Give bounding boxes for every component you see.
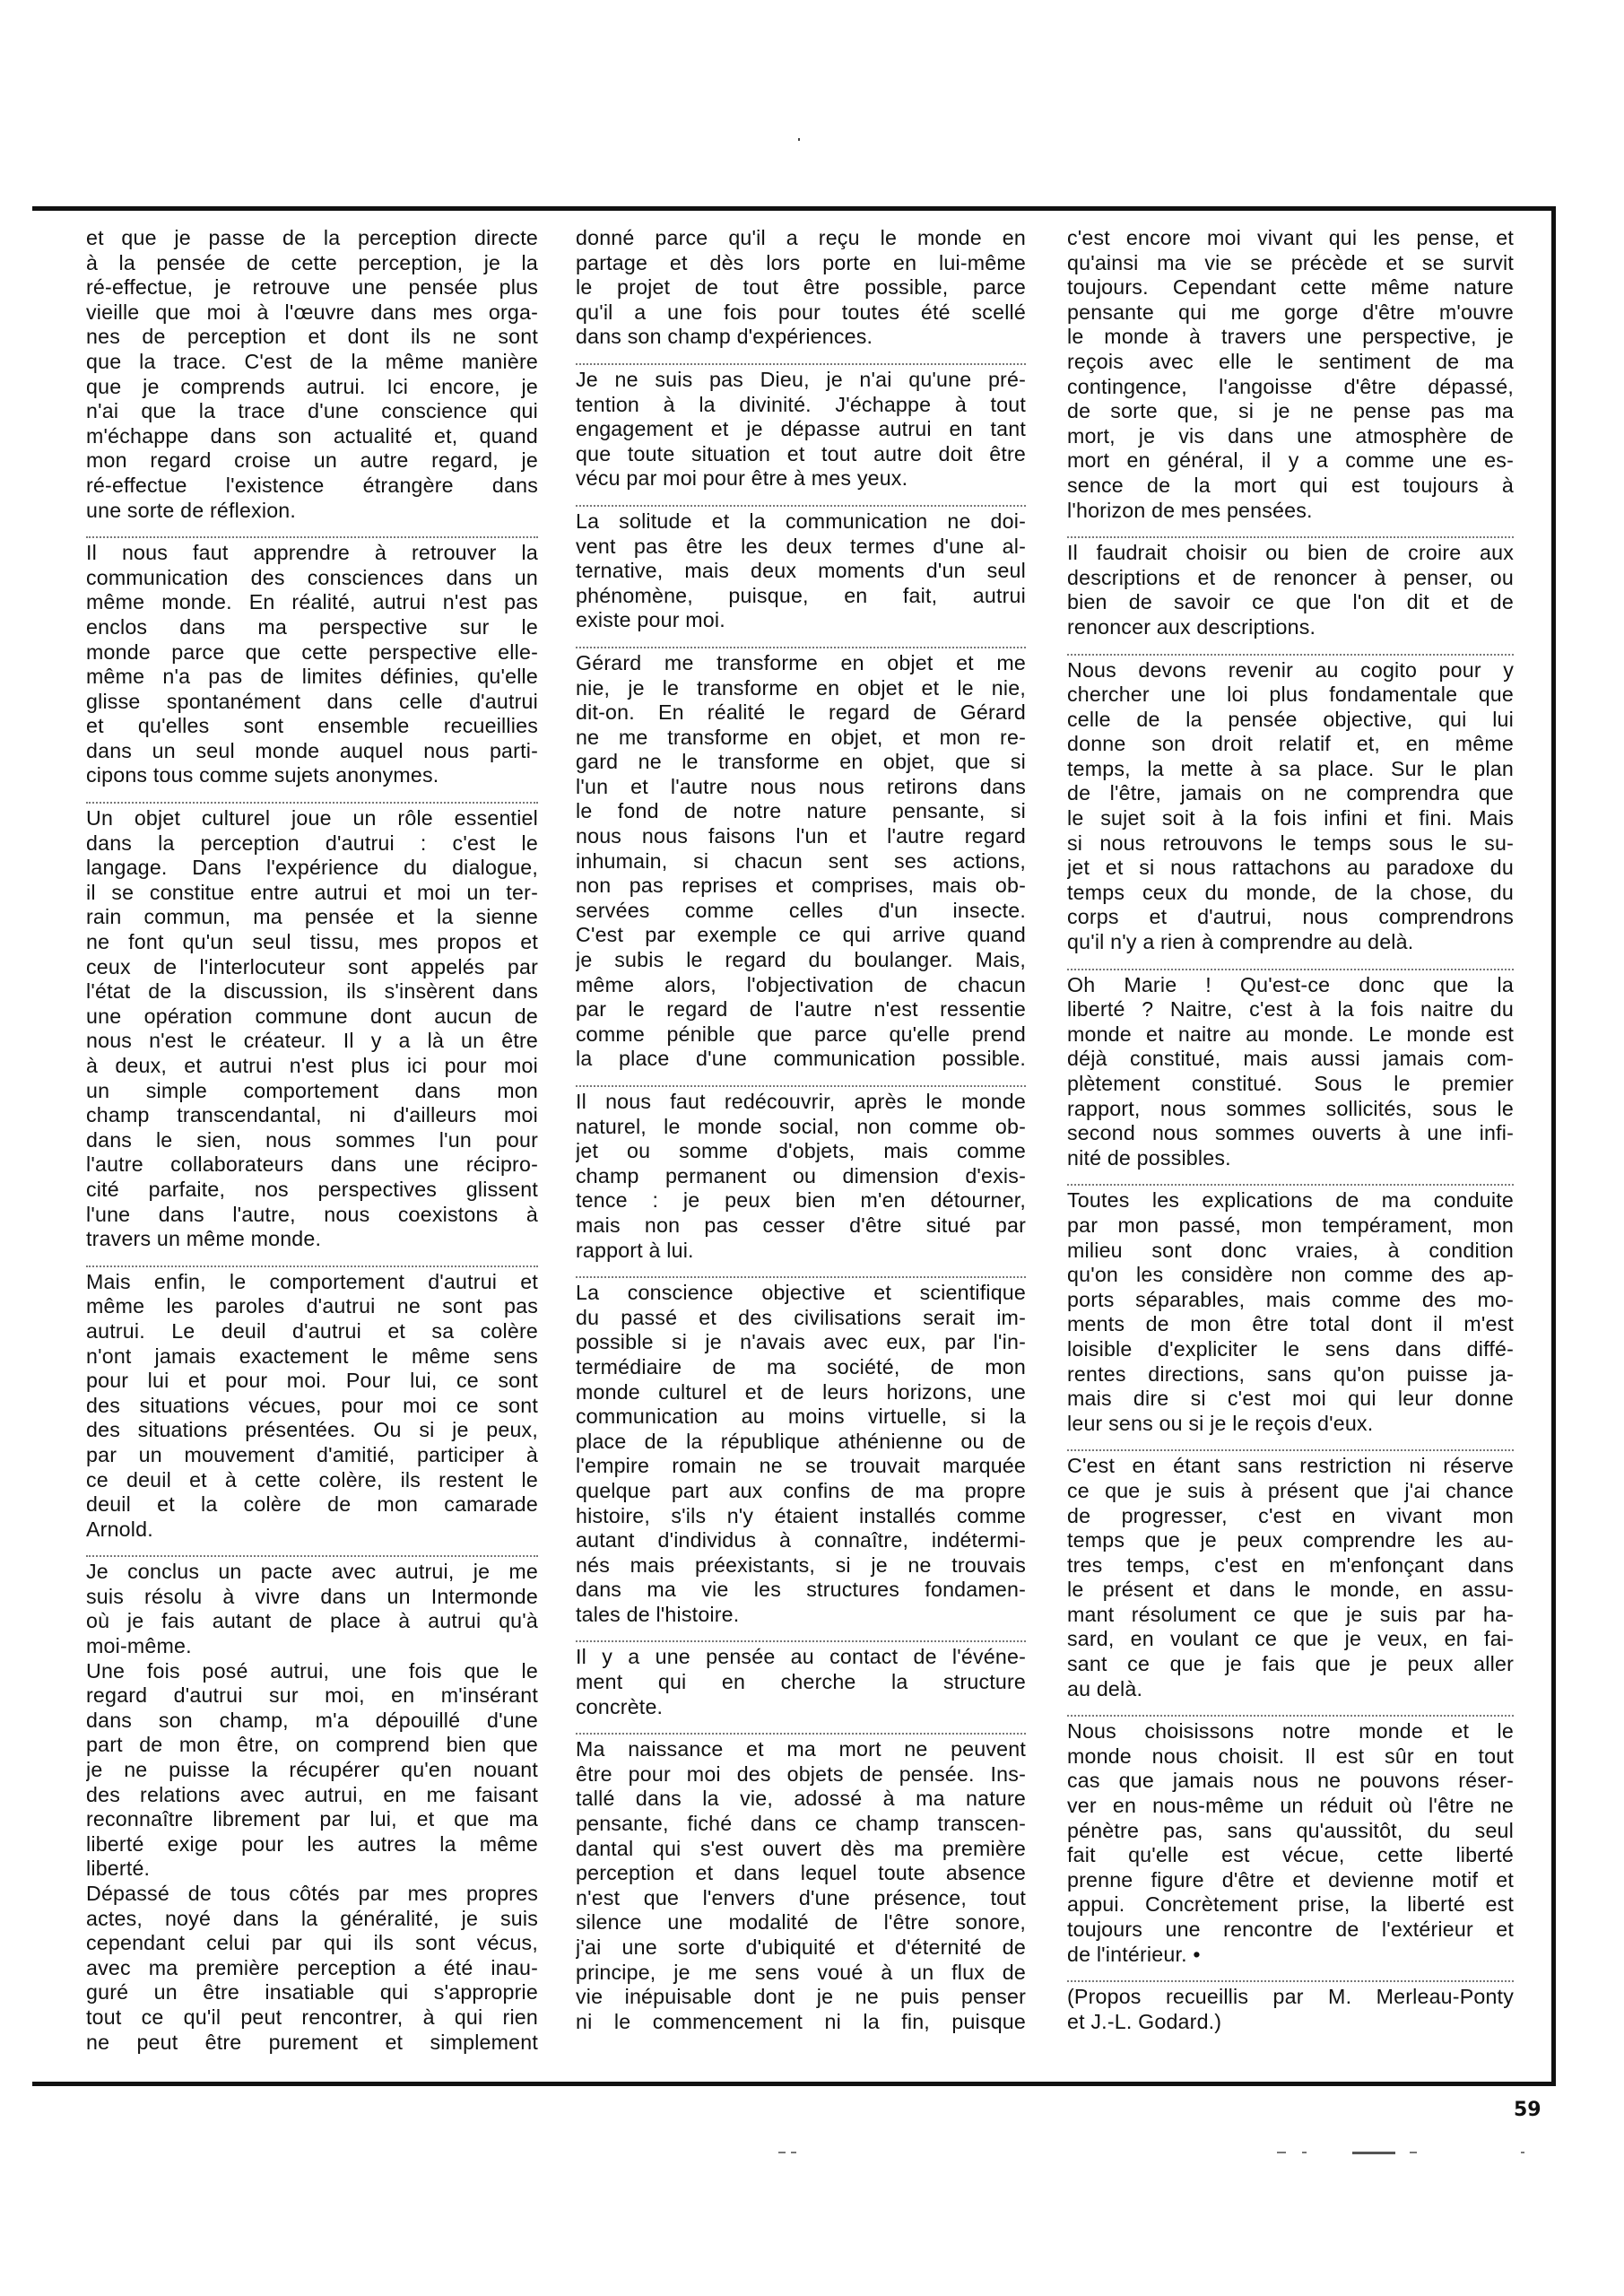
text-line: monde culturel et de leurs horizons, une (576, 1380, 1026, 1405)
text-line: toujours une rencontre de l'extérieur et (1067, 1918, 1514, 1943)
text-line: regard d'autrui sur moi, en m'insérant (86, 1683, 538, 1709)
text-line: liberté. (86, 1857, 538, 1882)
text-line: mon regard croise un autre regard, je (86, 448, 538, 474)
text-line: même les paroles d'autrui ne sont pas (86, 1294, 538, 1319)
text-line: comme pénible que parce qu'elle prend (576, 1022, 1026, 1048)
text-line: nes de perception et dont ils ne sont (86, 325, 538, 350)
text-line: Il nous faut redécouvrir, après le monde (576, 1090, 1026, 1115)
text-line: renoncer aux descriptions. (1067, 615, 1514, 640)
text-line: chercher une loi plus fondamentale que (1067, 683, 1514, 708)
print-mark (1352, 2152, 1395, 2154)
text-line: tallé dans la vie, adossé à ma nature (576, 1787, 1026, 1812)
text-line: de l'être, jamais on ne comprendra que (1067, 781, 1514, 806)
text-line: dans son champ d'expériences. (576, 325, 1026, 350)
text-line: au delà. (1067, 1677, 1514, 1702)
print-mark (1302, 2152, 1307, 2153)
paragraph: Dépassé de tous côtés par mes propresact… (86, 1882, 538, 2055)
dotted-separator (576, 352, 1026, 365)
text-line: et que je passe de la perception directe (86, 226, 538, 251)
text-line: communication des consciences dans un (86, 566, 538, 591)
text-line: histoire, s'ils n'y étaient installés co… (576, 1504, 1026, 1529)
text-line: le sujet soit à la fois infini et fini. … (1067, 806, 1514, 831)
text-line: dans un seul monde auquel nous parti- (86, 739, 538, 764)
text-line: tres temps, c'est en m'enfonçant dans (1067, 1553, 1514, 1578)
text-line: une opération commune dont aucun de (86, 1004, 538, 1030)
text-line: Il y a une pensée au contact de l'événe- (576, 1645, 1026, 1670)
text-line: sence de la mort qui est toujours à (1067, 474, 1514, 499)
dotted-separator (576, 1265, 1026, 1278)
text-line: reçois avec elle le sentiment de ma (1067, 350, 1514, 375)
text-line: La solitude et la communication ne doi- (576, 509, 1026, 535)
text-line: des situations présentées. Ou si je peux… (86, 1418, 538, 1443)
text-line: le présent et dans le monde, en assu- (1067, 1578, 1514, 1603)
text-line: temps, la mette à sa place. Sur le plan (1067, 757, 1514, 782)
text-line: non pas reprises et comprises, mais ob- (576, 874, 1026, 899)
text-line: bien de savoir ce que l'on dit et de (1067, 590, 1514, 615)
text-line: dans ma vie les structures fondamen- (576, 1578, 1026, 1603)
text-line: l'horizon de mes pensées. (1067, 499, 1514, 524)
text-line: ver en nous-même un réduit où l'être ne (1067, 1794, 1514, 1819)
page-number: 59 (1514, 2099, 1541, 2121)
text-line: par mon passé, mon tempérament, mon (1067, 1213, 1514, 1239)
text-line: pensante qui me gorge d'être m'ouvre (1067, 300, 1514, 326)
paragraph: c'est encore moi vivant qui les pense, e… (1067, 226, 1514, 523)
text-line: monde nous choisit. Il est sûr en tout (1067, 1744, 1514, 1770)
text-line: je ne puisse la récupérer qu'en nouant (86, 1758, 538, 1783)
text-line: de sorte que, si je ne pense pas ma (1067, 399, 1514, 424)
paragraph: Il nous faut redécouvrir, après le monde… (576, 1090, 1026, 1263)
text-line: actes, noyé dans la généralité, je suis (86, 1907, 538, 1932)
text-line: cipons tous comme sujets anonymes. (86, 763, 538, 788)
text-line: ré-effectue l'existence étrangère dans (86, 474, 538, 499)
paragraph: Un objet culturel joue un rôle essentiel… (86, 806, 538, 1252)
dotted-separator (86, 1254, 538, 1267)
text-line: tout ce qu'il peut rencontrer, à qui rie… (86, 2005, 538, 2031)
text-line: sard, en voulant ce que je veux, en fai- (1067, 1627, 1514, 1652)
text-line: leur sens ou si je le reçois d'eux. (1067, 1412, 1514, 1437)
text-line: si nous retrouvons le temps sous le su- (1067, 831, 1514, 857)
text-line: nité de possibles. (1067, 1146, 1514, 1171)
text-line: inhumain, si chacun sent ses actions, (576, 849, 1026, 874)
text-line: n'ai que la trace d'une conscience qui (86, 399, 538, 424)
text-line: l'une dans l'autre, nous coexistons à (86, 1203, 538, 1228)
text-line: phénomène, puisque, en fait, autrui (576, 584, 1026, 609)
text-line: temps que je peux comprendre les au- (1067, 1528, 1514, 1553)
text-line: appui. Concrètement prise, la liberté es… (1067, 1892, 1514, 1918)
text-line: Gérard me transforme en objet et me (576, 651, 1026, 676)
text-line: champ permanent ou dimension d'exis- (576, 1164, 1026, 1189)
text-line: à deux, et autrui n'est plus ici pour mo… (86, 1054, 538, 1079)
paragraph: Une fois posé autrui, une fois que lereg… (86, 1659, 538, 1882)
dotted-separator (576, 1629, 1026, 1642)
text-line: Je ne suis pas Dieu, je n'ai qu'une pré- (576, 368, 1026, 393)
text-line: le fond de notre nature pensante, si (576, 799, 1026, 824)
text-line: fait qu'elle est vécue, cette liberté (1067, 1843, 1514, 1868)
dotted-separator (1067, 1969, 1514, 1982)
text-line: temps ceux du monde, de la chose, du (1067, 881, 1514, 906)
text-line: autrui. Le deuil d'autrui et sa colère (86, 1319, 538, 1344)
text-line: que la trace. C'est de la même manière (86, 350, 538, 375)
text-line: pénètre pas, sans qu'aussitôt, du seul (1067, 1819, 1514, 1844)
text-column-1: et que je passe de la perception directe… (86, 226, 538, 2055)
text-line: Oh Marie ! Qu'est-ce donc que la (1067, 973, 1514, 998)
text-line: ports séparables, mais comme des mo- (1067, 1288, 1514, 1313)
text-line: cité parfaite, nos perspectives glissent (86, 1178, 538, 1203)
text-line: des situations vécues, pour moi ce sont (86, 1394, 538, 1419)
print-mark (1521, 2152, 1524, 2153)
dotted-separator (86, 525, 538, 538)
text-line: même alors, l'objectivation de chacun (576, 973, 1026, 998)
text-line: jet et si nous rattachons au paradoxe du (1067, 856, 1514, 881)
text-line: travers un même monde. (86, 1227, 538, 1252)
text-line: vie inépuisable dont je ne puis penser (576, 1985, 1026, 2010)
paragraph: Gérard me transforme en objet et menie, … (576, 651, 1026, 1072)
text-line: deuil et la colère de mon camarade (86, 1492, 538, 1518)
text-line: Un objet culturel joue un rôle essentiel (86, 806, 538, 831)
text-line: l'état de la discussion, ils s'insèrent … (86, 979, 538, 1004)
text-line: déjà constitué, mais aussi jamais com- (1067, 1047, 1514, 1072)
text-line: de l'intérieur. • (1067, 1943, 1514, 1968)
text-line: à la pensée de cette perception, je la (86, 251, 538, 276)
text-column-2: donné parce qu'il a reçu le monde enpart… (576, 226, 1026, 2034)
text-line: tention à la divinité. J'échappe à tout (576, 393, 1026, 418)
text-line: mort en général, il y a comme une es- (1067, 448, 1514, 474)
text-line: m'échappe dans son actualité et, quand (86, 424, 538, 449)
text-line: engagement et je dépasse autrui en tant (576, 417, 1026, 442)
text-line: Il faudrait choisir ou bien de croire au… (1067, 541, 1514, 566)
dotted-separator (86, 1544, 538, 1557)
text-line: Ma naissance et ma mort ne peuvent (576, 1737, 1026, 1762)
dotted-separator (1067, 1172, 1514, 1186)
text-line: mort, je vis dans une atmosphère de (1067, 424, 1514, 449)
paragraph: (Propos recueillis par M. Merleau-Pontye… (1067, 1985, 1514, 2034)
text-line: milieu sont donc vraies, à condition (1067, 1239, 1514, 1264)
text-line: Dépassé de tous côtés par mes propres (86, 1882, 538, 1907)
print-mark (1410, 2152, 1417, 2153)
text-line: ment qui en cherche la structure (576, 1670, 1026, 1695)
text-column-3: c'est encore moi vivant qui les pense, e… (1067, 226, 1514, 2034)
text-line: ré-effectue, je retrouve une pensée plus (86, 275, 538, 300)
text-line: vieille que moi à l'œuvre dans mes orga- (86, 300, 538, 326)
text-line: corps et d'autrui, nous comprendrons (1067, 905, 1514, 930)
text-line: la place d'une communication possible. (576, 1047, 1026, 1072)
text-line: C'est en étant sans restriction ni réser… (1067, 1454, 1514, 1479)
dotted-separator (576, 1074, 1026, 1087)
text-line: qu'il a une fois pour toutes été scellé (576, 300, 1026, 326)
text-line: second nous sommes ouverts à une infi- (1067, 1121, 1514, 1146)
text-line: tence : je peux bien m'en détourner, (576, 1188, 1026, 1213)
text-line: rentes directions, sans qu'on puisse ja- (1067, 1362, 1514, 1387)
text-line: prenne figure d'être et devienne motif e… (1067, 1868, 1514, 1893)
text-line: existe pour moi. (576, 608, 1026, 633)
text-line: ni le commencement ni la fin, puisque (576, 2010, 1026, 2035)
text-line: ceux de l'interlocuteur sont appelés par (86, 955, 538, 980)
text-line: ce que je suis à présent que j'ai chance (1067, 1479, 1514, 1504)
text-line: qu'on les considère non comme des ap- (1067, 1263, 1514, 1288)
text-line: nous n'est le créateur. Il y a là un êtr… (86, 1029, 538, 1054)
text-line: n'ont jamais exactement le même sens (86, 1344, 538, 1370)
text-line: donné parce qu'il a reçu le monde en (576, 226, 1026, 251)
text-line: liberté ? Naitre, c'est à la fois naitre… (1067, 997, 1514, 1022)
text-line: C'est par exemple ce qui arrive quand (576, 923, 1026, 948)
paragraph: C'est en étant sans restriction ni réser… (1067, 1454, 1514, 1701)
text-line: des relations avec autrui, en me faisant (86, 1783, 538, 1808)
paragraph: et que je passe de la perception directe… (86, 226, 538, 523)
text-line: place de la république athénienne ou de (576, 1430, 1026, 1455)
paragraph: Nous devons revenir au cogito pour ycher… (1067, 658, 1514, 955)
text-line: rapport à lui. (576, 1239, 1026, 1264)
text-line: l'un et l'autre nous nous retirons dans (576, 775, 1026, 800)
text-line: dans son champ, m'a dépouillé d'une (86, 1709, 538, 1734)
frame-bottom-rule (32, 2082, 1556, 2086)
text-line: donne son droit relatif et, en même (1067, 732, 1514, 757)
paragraph: Je ne suis pas Dieu, je n'ai qu'une pré-… (576, 368, 1026, 491)
text-line: Je conclus un pacte avec autrui, je me (86, 1560, 538, 1585)
text-line: Une fois posé autrui, une fois que le (86, 1659, 538, 1684)
text-line: termédiaire de ma société, de mon (576, 1355, 1026, 1380)
text-line: tales de l'histoire. (576, 1603, 1026, 1628)
dotted-separator (1067, 957, 1514, 970)
text-line: ne peut être purement et simplement (86, 2031, 538, 2056)
text-line: mais non pas cesser d'être situé par (576, 1213, 1026, 1239)
dotted-separator (1067, 525, 1514, 538)
text-line: rapport, nous sommes sollicités, sous le (1067, 1097, 1514, 1122)
text-line: Arnold. (86, 1518, 538, 1543)
text-line: même n'a pas de limites définies, qu'ell… (86, 665, 538, 690)
text-line: servées comme celles d'un insecte. (576, 899, 1026, 924)
text-line: pensante, fiché dans ce champ transcen- (576, 1812, 1026, 1837)
text-line: rain commun, ma pensée et la sienne (86, 905, 538, 930)
text-line: de progresser, c'est en vivant mon (1067, 1504, 1514, 1529)
dotted-separator (576, 493, 1026, 507)
paragraph: donné parce qu'il a reçu le monde enpart… (576, 226, 1026, 350)
text-line: je subis le regard du boulanger. Mais, (576, 948, 1026, 973)
text-line: l'empire romain ne se trouvait marquée (576, 1454, 1026, 1479)
paragraph: Oh Marie ! Qu'est-ce donc que laliberté … (1067, 973, 1514, 1171)
text-line: mant résolument ce que je suis par ha- (1067, 1603, 1514, 1628)
text-line: qu'ainsi ma vie se précède et se survit (1067, 251, 1514, 276)
text-line: qu'il n'y a rien à comprendre au delà. (1067, 930, 1514, 955)
paragraph: La conscience objective et scientifiqued… (576, 1281, 1026, 1627)
print-mark (778, 2152, 786, 2153)
text-line: dans le sien, nous sommes l'un pour (86, 1128, 538, 1153)
text-line: du passé et des civilisations serait im- (576, 1306, 1026, 1331)
text-line: le monde à travers une perspective, je (1067, 325, 1514, 350)
text-line: Mais enfin, le comportement d'autrui et (86, 1270, 538, 1295)
text-line: cependant celui par qui ils sont vécus, (86, 1931, 538, 1956)
text-line: par le regard de l'autre n'est ressentie (576, 997, 1026, 1022)
text-line: nie, je le transforme en objet et le nie… (576, 676, 1026, 701)
text-line: et J.-L. Godard.) (1067, 2010, 1514, 2035)
text-line: contingence, l'angoisse d'être dépassé, (1067, 375, 1514, 400)
text-line: nous nous faisons l'un et l'autre regard (576, 824, 1026, 849)
paragraph: La solitude et la communication ne doi-v… (576, 509, 1026, 633)
text-line: ce deuil et à cette colère, ils restent … (86, 1468, 538, 1493)
text-line: vent pas être les deux termes d'une al- (576, 535, 1026, 560)
text-line: reconnaître librement par lui, et que ma (86, 1807, 538, 1832)
text-line: glisse spontanément dans celle d'autrui (86, 690, 538, 715)
text-line: La conscience objective et scientifique (576, 1281, 1026, 1306)
text-line: enclos dans ma perspective sur le (86, 615, 538, 640)
text-line: toujours. Cependant cette même nature (1067, 275, 1514, 300)
text-line: jet ou somme d'objets, mais comme (576, 1139, 1026, 1164)
text-line: monde et naitre au monde. Le monde est (1067, 1022, 1514, 1048)
print-mark (791, 2152, 796, 2153)
text-line: possible si je n'avais avec eux, par l'i… (576, 1330, 1026, 1355)
text-line: où je fais autant de place à autrui qu'à (86, 1609, 538, 1634)
text-line: autant d'individus à connaître, indéterm… (576, 1528, 1026, 1553)
text-line: une sorte de réflexion. (86, 499, 538, 524)
paragraph: Toutes les explications de ma conduitepa… (1067, 1188, 1514, 1436)
text-line: monde parce que cette perspective elle- (86, 640, 538, 665)
text-line: cas que jamais nous ne pouvons réser- (1067, 1769, 1514, 1794)
paragraph: Mais enfin, le comportement d'autrui etm… (86, 1270, 538, 1543)
text-line: dans la perception d'autrui : c'est le (86, 831, 538, 857)
text-line: vécu par moi pour être à mes yeux. (576, 466, 1026, 491)
text-line: perception et dans lequel toute absence (576, 1861, 1026, 1886)
text-line: l'autre collaborateurs dans une récipro- (86, 1152, 538, 1178)
text-line: Toutes les explications de ma conduite (1067, 1188, 1514, 1213)
dotted-separator (1067, 1703, 1514, 1717)
text-line: ternative, mais deux moments d'un seul (576, 559, 1026, 584)
dotted-separator (1067, 1438, 1514, 1451)
text-line: ments de mon être total dont il m'est (1067, 1312, 1514, 1337)
text-line: ne me transforme en objet, et mon re- (576, 726, 1026, 751)
text-line: liberté exige pour les autres la même (86, 1832, 538, 1857)
text-line: avec ma première perception a été inau- (86, 1956, 538, 1981)
print-speck (798, 138, 800, 141)
print-mark (1277, 2152, 1286, 2153)
paragraph: Ma naissance et ma mort ne peuventêtre p… (576, 1737, 1026, 2034)
text-line: j'ai une sorte d'ubiquité et d'éternité … (576, 1935, 1026, 1961)
text-line: mais dire si c'est moi qui leur donne (1067, 1387, 1514, 1412)
text-line: gard ne le transforme en objet, que si (576, 750, 1026, 775)
dotted-separator (86, 790, 538, 804)
text-line: même monde. En réalité, autrui n'est pas (86, 590, 538, 615)
paragraph: Je conclus un pacte avec autrui, je mesu… (86, 1560, 538, 1658)
paragraph: Il y a une pensée au contact de l'événe-… (576, 1645, 1026, 1719)
text-line: silence une modalité de l'être sonore, (576, 1910, 1026, 1935)
text-line: c'est encore moi vivant qui les pense, e… (1067, 226, 1514, 251)
frame-top-rule (32, 206, 1556, 211)
text-line: concrète. (576, 1695, 1026, 1720)
paragraph: Il faudrait choisir ou bien de croire au… (1067, 541, 1514, 639)
text-line: principe, je me sens voué à un flux de (576, 1961, 1026, 1986)
text-line: pour lui et pour moi. Pour lui, ce sont (86, 1369, 538, 1394)
dotted-separator (1067, 642, 1514, 656)
text-line: (Propos recueillis par M. Merleau-Ponty (1067, 1985, 1514, 2010)
dotted-separator (576, 1721, 1026, 1735)
text-line: que toute situation et tout autre doit ê… (576, 442, 1026, 467)
text-line: n'est que l'envers d'une présence, tout (576, 1886, 1026, 1911)
text-line: quelque part aux confins de ma propre (576, 1479, 1026, 1504)
text-line: suis résolu à vivre dans un Intermonde (86, 1585, 538, 1610)
text-line: champ transcendantal, ni d'ailleurs moi (86, 1103, 538, 1128)
text-line: langage. Dans l'expérience du dialogue, (86, 856, 538, 881)
text-line: celle de la pensée objective, qui lui (1067, 708, 1514, 733)
frame-right-rule (1551, 206, 1556, 2086)
text-line: naturel, le monde social, non comme ob- (576, 1115, 1026, 1140)
text-line: guré un être insatiable qui s'approprie (86, 1980, 538, 2005)
text-line: ne font qu'un seul tissu, mes propos et (86, 930, 538, 955)
text-line: dantal qui s'est ouvert dès ma première (576, 1837, 1026, 1862)
text-line: plètement constitué. Sous le premier (1067, 1072, 1514, 1097)
text-line: Nous choisissons notre monde et le (1067, 1719, 1514, 1744)
text-line: part de mon être, on comprend bien que (86, 1733, 538, 1758)
text-line: être pour moi des objets de pensée. Ins- (576, 1762, 1026, 1787)
text-line: Nous devons revenir au cogito pour y (1067, 658, 1514, 683)
dotted-separator (576, 635, 1026, 648)
text-line: moi-même. (86, 1634, 538, 1659)
text-line: par un mouvement d'amitié, participer à (86, 1443, 538, 1468)
text-line: nés mais préexistants, si je ne trouvais (576, 1553, 1026, 1578)
text-line: sant ce que je fais que je peux aller (1067, 1652, 1514, 1677)
text-line: dit-on. En réalité le regard de Gérard (576, 700, 1026, 726)
text-line: Il nous faut apprendre à retrouver la (86, 541, 538, 566)
text-line: le projet de tout être possible, parce (576, 275, 1026, 300)
text-line: loisible d'expliciter le sens dans diffé… (1067, 1337, 1514, 1362)
paragraph: Nous choisissons notre monde et lemonde … (1067, 1719, 1514, 1967)
text-line: communication au moins virtuelle, si la (576, 1405, 1026, 1430)
text-line: et qu'elles sont ensemble recueillies (86, 714, 538, 739)
text-line: que je comprends autrui. Ici encore, je (86, 375, 538, 400)
paragraph: Il nous faut apprendre à retrouver lacom… (86, 541, 538, 788)
text-line: descriptions et de renoncer à penser, ou (1067, 566, 1514, 591)
text-line: un simple comportement dans mon (86, 1079, 538, 1104)
text-line: partage et dès lors porte en lui-même (576, 251, 1026, 276)
text-line: il se constitue entre autrui et moi un t… (86, 881, 538, 906)
